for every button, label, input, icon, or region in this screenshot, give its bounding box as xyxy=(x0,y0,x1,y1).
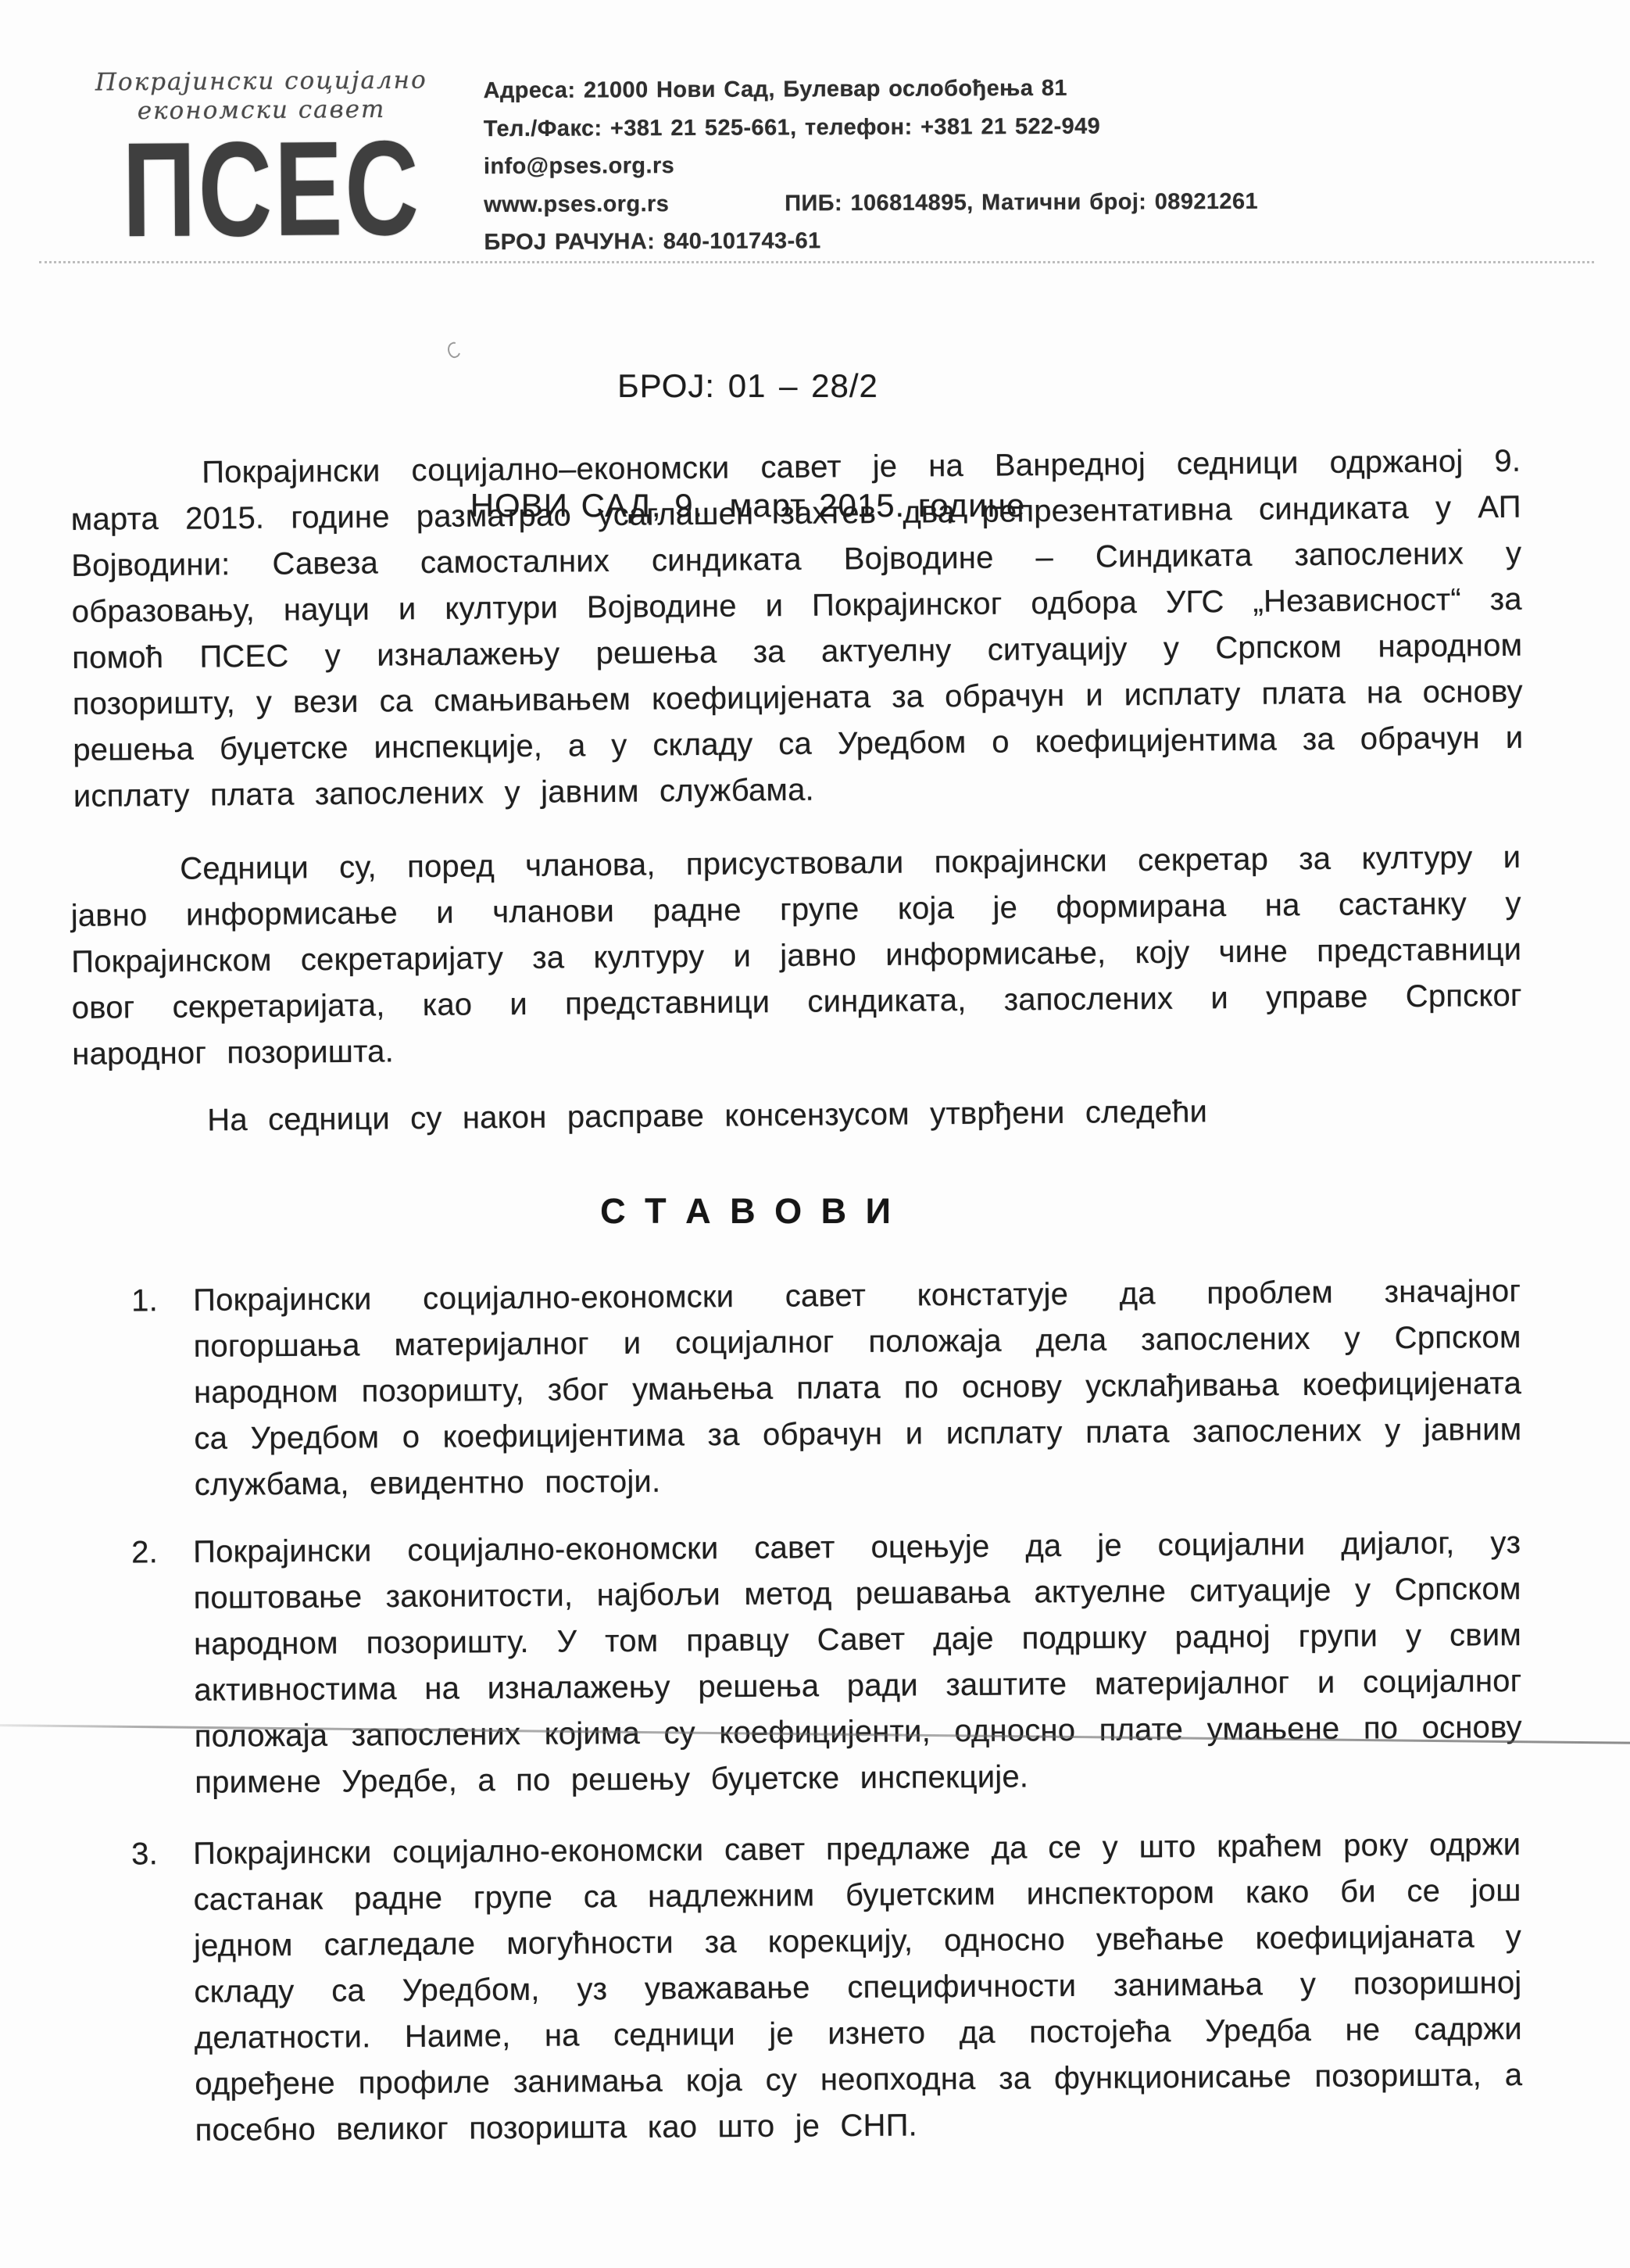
org-logo-acronym: ПСЕС xyxy=(122,131,402,248)
pib-registration-numbers: ПИБ: 106814895, Матични број: 08921261 xyxy=(785,182,1258,222)
org-name-line1: Покрајински социјално xyxy=(77,66,445,97)
paragraph-attendees: Седници су, поред чланова, присуствовали… xyxy=(70,835,1523,1078)
website-url: www.pses.org.rs xyxy=(484,185,669,224)
list-item-3: 3. Покрајински социјално-економски савет… xyxy=(70,1822,1523,2155)
list-item-1: 1. Покрајински социјално-економски савет… xyxy=(70,1268,1522,1509)
bank-account-line: БРОЈ РАЧУНА: 840-101743-61 xyxy=(484,220,1258,262)
paragraph-introduction: Покрајински социјално–економски савет је… xyxy=(70,438,1524,820)
header-divider xyxy=(39,261,1594,263)
scanned-document-page: Покрајински социјално економски савет ПС… xyxy=(0,0,1630,2268)
org-identity: Покрајински социјално економски савет ПС… xyxy=(77,66,446,248)
item-1-text: Покрајински социјално-економски савет ко… xyxy=(193,1274,1522,1502)
document-number: БРОЈ: 01 – 28/2 xyxy=(0,366,1496,406)
paragraph-lead-in: На седници су након расправе консензусом… xyxy=(70,1086,1521,1145)
contact-info: Адреса: 21000 Нови Сад, Булевар ослобође… xyxy=(483,69,1258,262)
list-item-2: 2. Покрајински социјално-економски савет… xyxy=(70,1520,1522,1807)
address-line: Адреса: 21000 Нови Сад, Булевар ослобође… xyxy=(483,69,1257,110)
phone-fax-line: Тел./Факс: +381 21 525-661, телефон: +38… xyxy=(484,106,1258,148)
email-address: info@pses.org.rs xyxy=(484,145,1258,186)
item-1-number: 1. xyxy=(131,1278,158,1324)
website-pib-line: www.pses.org.rs ПИБ: 106814895, Матични … xyxy=(484,182,1258,224)
item-3-text: Покрајински социјално-економски савет пр… xyxy=(193,1827,1522,2148)
item-3-number: 3. xyxy=(131,1831,158,1877)
item-2-text: Покрајински социјално-економски савет оц… xyxy=(193,1526,1522,1800)
section-heading-stavovi: С Т А В О В И xyxy=(0,1191,1496,1232)
item-2-number: 2. xyxy=(131,1529,158,1576)
